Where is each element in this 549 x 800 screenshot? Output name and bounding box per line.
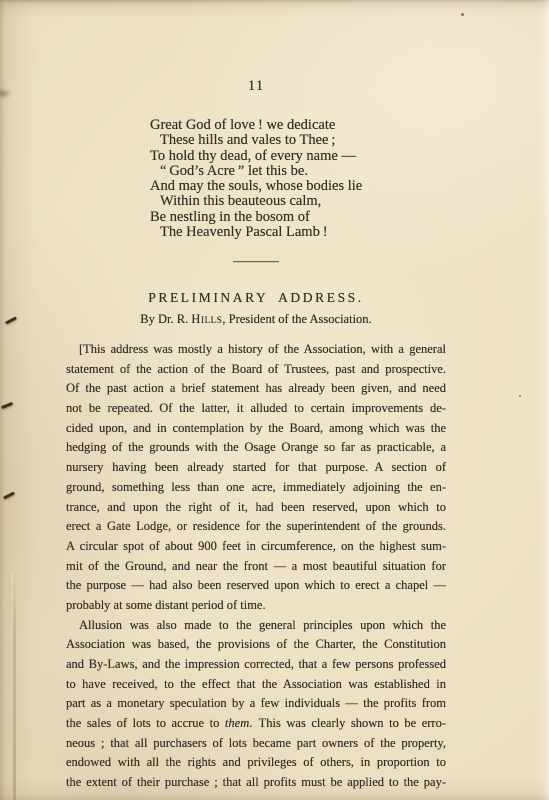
body-text-line: Association was based, the provisions of… — [66, 635, 446, 655]
body-text-line: the sales of lots to accrue to them. Thi… — [66, 714, 446, 734]
body-text-line: Allusion was also made to the general pr… — [66, 616, 446, 636]
body-text-segment: the sales of lots to accrue to — [66, 716, 225, 730]
body-text-line: not be repeated. Of the latter, it allud… — [66, 399, 446, 419]
paper-speck — [342, 430, 344, 432]
paper-crease — [12, 572, 16, 800]
body-text-line: A circular spot of about 900 feet in cir… — [66, 537, 446, 557]
poem-line: Be nestling in the bosom of — [150, 210, 362, 225]
byline: By Dr. R. Hills, President of the Associ… — [66, 312, 446, 327]
poem-line: Within this beauteous calm, — [150, 194, 362, 209]
section-title: PRELIMINARY ADDRESS. — [66, 290, 446, 306]
body-text-line: hedging of the grounds with the Osage Or… — [66, 438, 446, 458]
paper-speck — [519, 395, 521, 397]
body-text-line: to have received, to the effect that the… — [66, 675, 446, 695]
body-text-line: and By-Laws, and the impression correcte… — [66, 655, 446, 675]
poem-line: These hills and vales to Thee ; — [150, 133, 362, 148]
body-text-line: ground, something less than one acre, im… — [66, 478, 446, 498]
body-text-line: mit of the Ground, and near the front — … — [66, 557, 446, 577]
body-text-line: [This address was mostly a history of th… — [66, 340, 446, 360]
body-text-line: statement of the action of the Board of … — [66, 360, 446, 380]
page-number: 11 — [66, 78, 446, 95]
body-text-line: probably at some distant period of time. — [66, 596, 446, 616]
scanned-book-page: 11 Great God of love ! we dedicate These… — [0, 0, 549, 800]
body-text-line: erect a Gate Lodge, or residence for the… — [66, 517, 446, 537]
body-text-italic: them — [225, 716, 249, 730]
address-body: [This address was mostly a history of th… — [66, 340, 446, 793]
paper-speck — [461, 13, 464, 16]
binding-stitch — [1, 402, 13, 409]
byline-suffix: , President of the Association. — [222, 312, 371, 326]
byline-prefix: By Dr. R. — [140, 312, 191, 326]
byline-author-name: Hills — [191, 312, 222, 326]
binding-stitch — [3, 491, 15, 499]
body-text-line: trance, and upon the right of it, had be… — [66, 498, 446, 518]
dedication-poem: Great God of love ! we dedicate These hi… — [150, 118, 362, 240]
body-text-segment: . This was clearly shown to be erro- — [249, 716, 446, 730]
body-text-line: nursery having been already started for … — [66, 458, 446, 478]
body-text-line: neous ; that all purchasers of lots beca… — [66, 734, 446, 754]
poem-line: “ God’s Acre ” let this be. — [150, 164, 362, 179]
body-text-line: endowed with all the rights and privileg… — [66, 753, 446, 773]
poem-line: The Heavenly Pascal Lamb ! — [150, 225, 362, 240]
poem-line: And may the souls, whose bodies lie — [150, 179, 362, 194]
ink-smudge — [0, 88, 12, 99]
binding-stitch — [5, 316, 17, 324]
body-text-line: the purpose — had also been reserved upo… — [66, 576, 446, 596]
body-text-line: cided upon, and in contemplation by the … — [66, 419, 446, 439]
body-text-line: Of the past action a brief statement has… — [66, 379, 446, 399]
poem-line: Great God of love ! we dedicate — [150, 118, 362, 133]
body-text-line: the extent of their purchase ; that all … — [66, 773, 446, 793]
body-text-line: part as a monetary speculation by a few … — [66, 694, 446, 714]
section-divider — [233, 261, 279, 262]
poem-line: To hold thy dead, of every name — — [150, 149, 362, 164]
